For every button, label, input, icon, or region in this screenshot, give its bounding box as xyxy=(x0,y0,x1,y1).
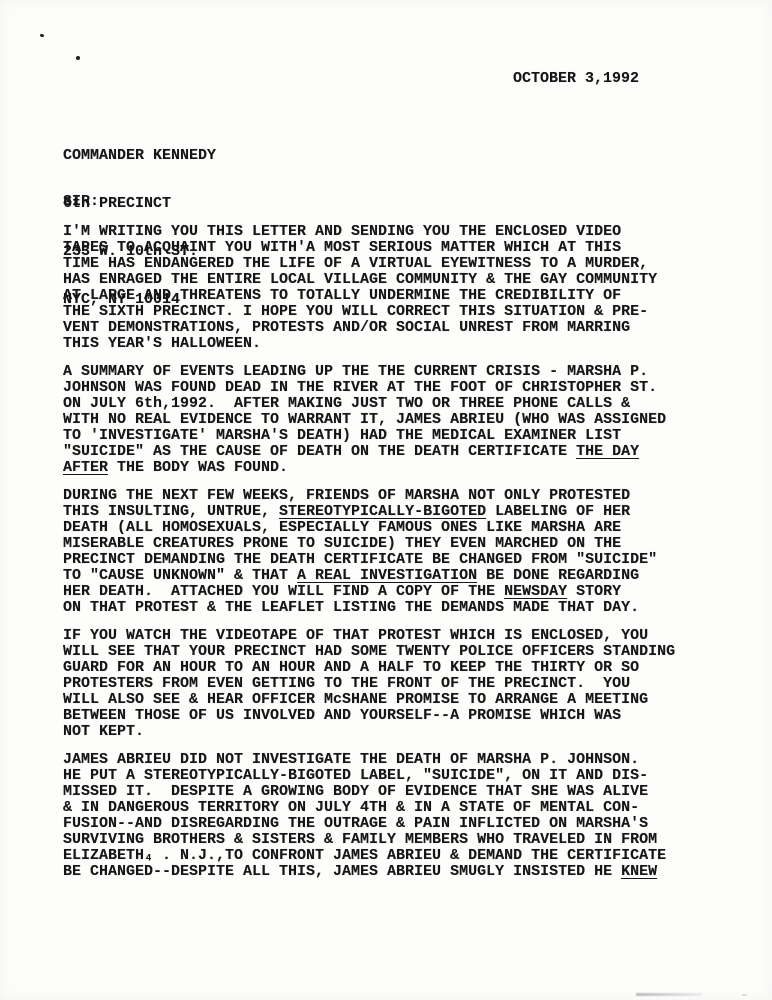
scan-speck-icon xyxy=(40,33,45,37)
scan-smudge-dot xyxy=(742,994,747,996)
letter-paragraph: IF YOU WATCH THE VIDEOTAPE OF THAT PROTE… xyxy=(63,628,743,740)
salutation: SIR: xyxy=(63,194,99,210)
underlined-text: STEREOTYPICALLY-BIGOTED xyxy=(279,503,486,520)
underlined-text: NEWSDAY xyxy=(504,583,567,600)
letter-page: OCTOBER 3,1992 COMMANDER KENNEDY 6th PRE… xyxy=(0,0,772,1000)
letter-paragraph: A SUMMARY OF EVENTS LEADING UP THE THE C… xyxy=(63,364,743,476)
letter-paragraph: I'M WRITING YOU THIS LETTER AND SENDING … xyxy=(63,224,743,352)
scan-smudge xyxy=(636,993,702,996)
letter-paragraph: JAMES ABRIEU DID NOT INVESTIGATE THE DEA… xyxy=(63,752,743,880)
letter-date: OCTOBER 3,1992 xyxy=(513,71,639,87)
underlined-text: THE DAY xyxy=(576,443,639,460)
letter-body: I'M WRITING YOU THIS LETTER AND SENDING … xyxy=(63,224,743,892)
recipient-name: COMMANDER KENNEDY xyxy=(63,148,216,164)
underlined-text: AFTER xyxy=(63,459,108,476)
scan-speck-icon xyxy=(76,56,80,60)
underlined-text: A REAL INVESTIGATION xyxy=(297,567,477,584)
underlined-text: KNEW xyxy=(621,863,657,880)
letter-paragraph: DURING THE NEXT FEW WEEKS, FRIENDS OF MA… xyxy=(63,488,743,616)
